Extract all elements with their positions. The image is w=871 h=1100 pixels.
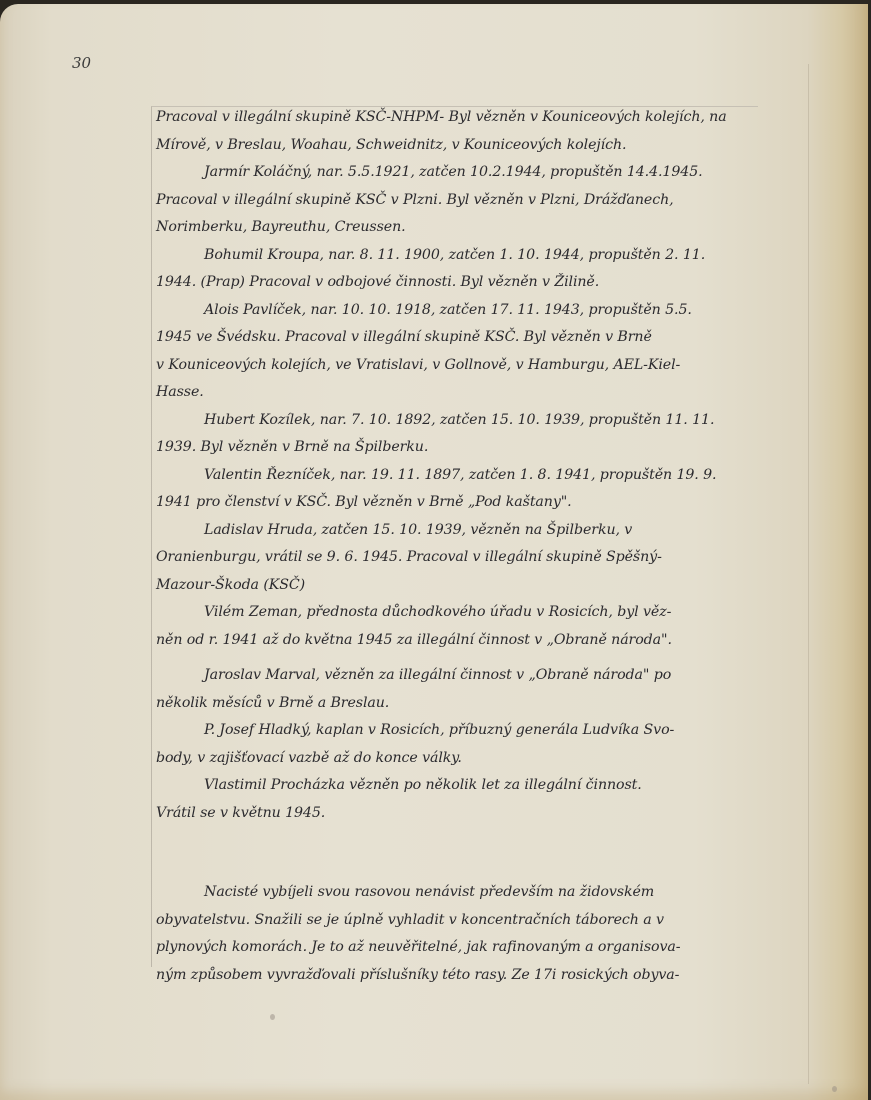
text-line: plynových komorách. Je to až neuvěřiteln…: [156, 934, 826, 962]
manuscript-page: 30 Pracoval v illegální skupině KSČ-NHPM…: [0, 4, 868, 1100]
entry-zeman: Vilém Zeman, přednosta důchodkového úřad…: [156, 599, 826, 627]
entry-kozilek: Hubert Kozílek, nar. 7. 10. 1892, zatčen…: [156, 407, 826, 435]
text-line: Pracoval v illegální skupině KSČ v Plzni…: [156, 187, 826, 215]
text-line: Norimberku, Bayreuthu, Creussen.: [156, 214, 826, 242]
paragraph-gap: [156, 827, 826, 879]
paper-stain: [832, 1086, 837, 1092]
text-line: Vrátil se v květnu 1945.: [156, 800, 826, 828]
paragraph-nazi-persecution: Nacisté vybíjeli svou rasovou nenávist p…: [156, 879, 826, 907]
entry-reznicek: Valentin Řezníček, nar. 19. 11. 1897, za…: [156, 462, 826, 490]
text-line: 1945 ve Švédsku. Pracoval v illegální sk…: [156, 324, 826, 352]
text-line: ným způsobem vyvražďovali příslušníky té…: [156, 962, 826, 990]
text-line: 1939. Byl vězněn v Brně na Špilberku.: [156, 434, 826, 462]
entry-hruda: Ladislav Hruda, zatčen 15. 10. 1939, věz…: [156, 517, 826, 545]
entry-pavlicek: Alois Pavlíček, nar. 10. 10. 1918, zatče…: [156, 297, 826, 325]
entry-prochazka: Vlastimil Procházka vězněn po několik le…: [156, 772, 826, 800]
text-line: něn od r. 1941 až do května 1945 za ille…: [156, 627, 826, 655]
paper-stain: [270, 1014, 275, 1020]
text-line: několik měsíců v Brně a Breslau.: [156, 690, 826, 718]
text-line: obyvatelstvu. Snažili se je úplně vyhlad…: [156, 907, 826, 935]
text-line: 1941 pro členství v KSČ. Byl vězněn v Br…: [156, 489, 826, 517]
text-line: v Kouniceových kolejích, ve Vratislavi, …: [156, 352, 826, 380]
text-line: Oranienburgu, vrátil se 9. 6. 1945. Prac…: [156, 544, 826, 572]
text-line: Mazour-Škoda (KSČ): [156, 572, 826, 600]
entry-marval: Jaroslav Marval, vězněn za illegální čin…: [156, 662, 826, 690]
entry-kolacny: Jarmír Koláčný, nar. 5.5.1921, zatčen 10…: [156, 159, 826, 187]
entry-kroupa: Bohumil Kroupa, nar. 8. 11. 1900, zatčen…: [156, 242, 826, 270]
text-line: Pracoval v illegální skupině KSČ-NHPM- B…: [156, 104, 826, 132]
entry-hladky: P. Josef Hladký, kaplan v Rosicích, příb…: [156, 717, 826, 745]
page-number: 30: [72, 54, 91, 72]
text-line: Mírově, v Breslau, Woahau, Schweidnitz, …: [156, 132, 826, 160]
text-line: body, v zajišťovací vazbě až do konce vá…: [156, 745, 826, 773]
text-line: 1944. (Prap) Pracoval v odbojové činnost…: [156, 269, 826, 297]
handwritten-text: Pracoval v illegální skupině KSČ-NHPM- B…: [156, 104, 826, 989]
text-line: Hasse.: [156, 379, 826, 407]
